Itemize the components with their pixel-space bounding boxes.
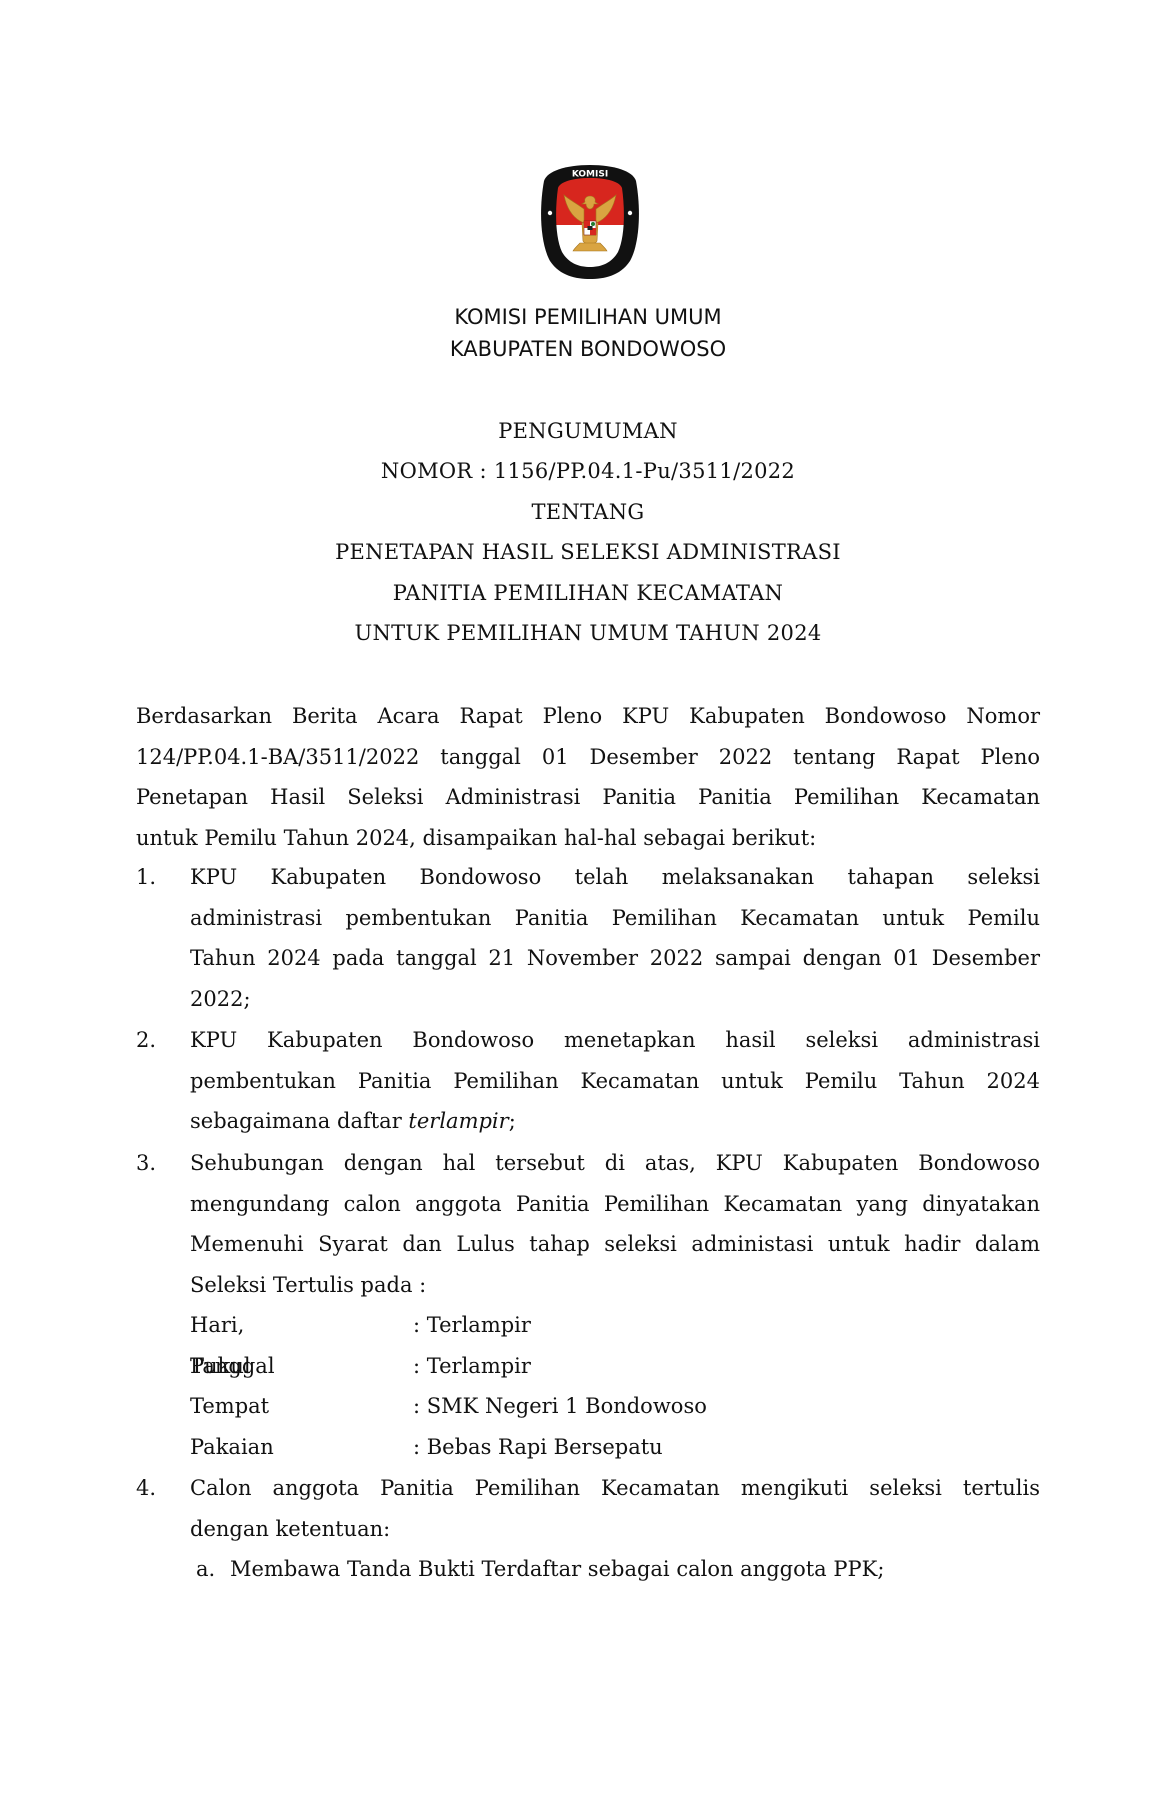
list-item-text: KPU Kabupaten Bondowoso menetapkan hasil… — [190, 1020, 1040, 1142]
list-number: 3. — [136, 1143, 186, 1184]
document-number: NOMOR : 1156/PP.04.1-Pu/3511/2022 — [0, 459, 1176, 483]
list-number: 4. — [136, 1468, 186, 1509]
item-line: sebagaimana daftar terlampir; — [190, 1101, 1040, 1142]
item-line: Tahun 2024 pada tanggal 21 November 2022… — [190, 938, 1040, 979]
item-line: KPU Kabupaten Bondowoso menetapkan hasil… — [190, 1020, 1040, 1061]
document-page: KOMISI KOMISI PEMILIHAN UMUM KABUPATEN B… — [0, 0, 1176, 1798]
title-about: TENTANG — [0, 500, 1176, 524]
title-subject-line1: PENETAPAN HASIL SELEKSI ADMINISTRASI — [0, 540, 1176, 564]
list-number: 2. — [136, 1020, 186, 1061]
item-line: Memenuhi Syarat dan Lulus tahap seleksi … — [190, 1224, 1040, 1265]
org-region: KABUPATEN BONDOWOSO — [0, 337, 1176, 361]
item-line: Calon anggota Panitia Pemilihan Kecamata… — [190, 1468, 1040, 1509]
kpu-emblem-icon: KOMISI — [540, 163, 640, 280]
logo-top-text: KOMISI — [572, 170, 608, 180]
schedule-label: Pakaian — [190, 1427, 274, 1468]
sub-item-a: a.Membawa Tanda Bukti Terdaftar sebagai … — [196, 1549, 884, 1590]
item-line: dengan ketentuan: — [190, 1509, 1040, 1550]
schedule-value: : Bebas Rapi Bersepatu — [413, 1427, 663, 1468]
schedule-value: : Terlampir — [413, 1346, 531, 1387]
intro-line: Berdasarkan Berita Acara Rapat Pleno KPU… — [136, 696, 1040, 737]
list-item-text: Sehubungan dengan hal tersebut di atas, … — [190, 1143, 1040, 1305]
intro-paragraph: Berdasarkan Berita Acara Rapat Pleno KPU… — [136, 696, 1040, 858]
title-subject-line2: PANITIA PEMILIHAN KECAMATAN — [0, 581, 1176, 605]
item-line: pembentukan Panitia Pemilihan Kecamatan … — [190, 1061, 1040, 1102]
sub-item-letter: a. — [196, 1549, 230, 1590]
title-subject-line3: UNTUK PEMILIHAN UMUM TAHUN 2024 — [0, 621, 1176, 645]
list-number: 1. — [136, 857, 186, 898]
item-line: Sehubungan dengan hal tersebut di atas, … — [190, 1143, 1040, 1184]
item-line: KPU Kabupaten Bondowoso telah melaksanak… — [190, 857, 1040, 898]
intro-line: Penetapan Hasil Seleksi Administrasi Pan… — [136, 777, 1040, 818]
schedule-value: : Terlampir — [413, 1305, 531, 1346]
intro-line: 124/PP.04.1-BA/3511/2022 tanggal 01 Dese… — [136, 737, 1040, 778]
item-line: mengundang calon anggota Panitia Pemilih… — [190, 1184, 1040, 1225]
sub-item-text: Membawa Tanda Bukti Terdaftar sebagai ca… — [230, 1557, 884, 1581]
list-item-text: Calon anggota Panitia Pemilihan Kecamata… — [190, 1468, 1040, 1549]
document-type: PENGUMUMAN — [0, 419, 1176, 443]
schedule-value: : SMK Negeri 1 Bondowoso — [413, 1386, 707, 1427]
schedule-label: Pukul — [190, 1346, 251, 1387]
list-item-text: KPU Kabupaten Bondowoso telah melaksanak… — [190, 857, 1040, 1019]
org-name: KOMISI PEMILIHAN UMUM — [0, 305, 1176, 329]
intro-line: untuk Pemilu Tahun 2024, disampaikan hal… — [136, 818, 1040, 859]
italic-term: terlampir — [408, 1109, 508, 1133]
item-line: administrasi pembentukan Panitia Pemilih… — [190, 898, 1040, 939]
schedule-label: Tempat — [190, 1386, 269, 1427]
item-line: Seleksi Tertulis pada : — [190, 1265, 1040, 1306]
item-text: sebagaimana daftar — [190, 1109, 408, 1133]
item-text: ; — [509, 1109, 516, 1133]
item-line: 2022; — [190, 979, 1040, 1020]
